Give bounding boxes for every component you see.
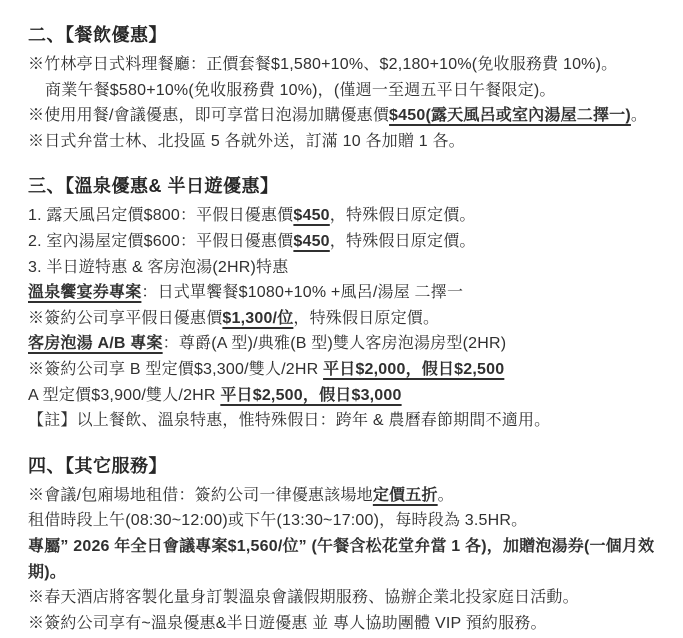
text-segment: 溫泉饗宴券專案 [28, 284, 141, 301]
text-segment: 平日$2,500，假日$3,000 [220, 387, 401, 404]
text-segment: 。 [438, 487, 454, 504]
text-line: ※春天酒店將客製化量身訂製溫泉會議假期服務、協辦企業北投家庭日活動。 [28, 585, 673, 611]
text-segment: 3. 半日遊特惠 & 客房泡湯(2HR)特惠 [28, 259, 288, 276]
text-line: 3. 半日遊特惠 & 客房泡湯(2HR)特惠 [28, 255, 673, 281]
text-line: ※簽約公司享有~溫泉優惠&半日遊優惠 並 專人協助團體 VIP 預約服務。 [28, 611, 673, 637]
text-segment: 平日$2,000，假日$2,500 [323, 361, 504, 378]
text-line: 1. 露天風呂定價$800：平假日優惠價$450，特殊假日原定價。 [28, 203, 673, 229]
text-segment: ※會議/包廂場地租借：簽約公司一律優惠該場地 [28, 487, 373, 504]
section: 三、【溫泉優惠& 半日遊優惠】1. 露天風呂定價$800：平假日優惠價$450，… [28, 175, 673, 433]
text-segment: ※簽約公司享平假日優惠價 [28, 310, 222, 327]
text-line: ※簽約公司享 B 型定價$3,300/雙人/2HR 平日$2,000，假日$2,… [28, 357, 673, 383]
text-segment: ※簽約公司享 B 型定價$3,300/雙人/2HR [28, 361, 323, 378]
text-segment: 客房泡湯 A/B 專案 [28, 335, 163, 352]
text-segment: ※春天酒店將客製化量身訂製溫泉會議假期服務、協辦企業北投家庭日活動。 [28, 589, 579, 606]
text-line: 商業午餐$580+10%(免收服務費 10%)，(僅週一至週五平日午餐限定)。 [28, 78, 673, 104]
text-line: 2. 室內湯屋定價$600：平假日優惠價$450，特殊假日原定價。 [28, 229, 673, 255]
text-line: A 型定價$3,900/雙人/2HR 平日$2,500，假日$3,000 [28, 383, 673, 409]
text-segment: ※使用用餐/會議優惠，即可享當日泡湯加購優惠價 [28, 107, 389, 124]
text-line: ※日式弁當士林、北投區 5 各就外送，訂滿 10 各加贈 1 各。 [28, 129, 673, 155]
text-segment: 。 [631, 107, 647, 124]
text-segment: A 型定價$3,900/雙人/2HR [28, 387, 220, 404]
section: 四、【其它服務】※會議/包廂場地租借：簽約公司一律優惠該場地定價五折。租借時段上… [28, 455, 673, 637]
text-segment: 專屬” 2026 年全日會議專案$1,560/位” (午餐含松花堂弁當 1 各)… [28, 538, 654, 581]
section: 二、【餐飲優惠】※竹林亭日式料理餐廳：正價套餐$1,580+10%、$2,180… [28, 24, 673, 154]
section-title: 二、【餐飲優惠】 [28, 24, 673, 46]
text-segment: ※日式弁當士林、北投區 5 各就外送，訂滿 10 各加贈 1 各。 [28, 133, 465, 150]
text-segment: 商業午餐$580+10%(免收服務費 10%)，(僅週一至週五平日午餐限定)。 [45, 82, 556, 99]
text-line: 專屬” 2026 年全日會議專案$1,560/位” (午餐含松花堂弁當 1 各)… [28, 534, 673, 585]
text-line: 溫泉饗宴券專案：日式單饗餐$1080+10% +風呂/湯屋 二擇一 [28, 280, 673, 306]
text-segment: $450 [293, 207, 329, 224]
text-segment: $450(露天風呂或室內湯屋二擇一) [389, 107, 631, 124]
text-segment: ，特殊假日原定價。 [330, 207, 476, 224]
text-segment: ※簽約公司享有~溫泉優惠&半日遊優惠 並 專人協助團體 VIP 預約服務。 [28, 615, 547, 632]
text-segment: ：尊爵(A 型)/典雅(B 型)雙人客房泡湯房型(2HR) [163, 335, 507, 352]
text-line: 租借時段上午(08:30~12:00)或下午(13:30~17:00)，每時段為… [28, 508, 673, 534]
text-line: ※簽約公司享平假日優惠價$1,300/位，特殊假日原定價。 [28, 306, 673, 332]
section-title: 四、【其它服務】 [28, 455, 673, 477]
text-segment: $450 [293, 233, 329, 250]
text-segment: ，特殊假日原定價。 [293, 310, 439, 327]
text-line: ※使用用餐/會議優惠，即可享當日泡湯加購優惠價$450(露天風呂或室內湯屋二擇一… [28, 103, 673, 129]
text-line: 【註】以上餐飲、溫泉特惠，惟特殊假日：跨年 & 農曆春節期間不適用。 [28, 408, 673, 434]
text-line: 客房泡湯 A/B 專案：尊爵(A 型)/典雅(B 型)雙人客房泡湯房型(2HR) [28, 331, 673, 357]
text-segment: 租借時段上午(08:30~12:00)或下午(13:30~17:00)，每時段為… [28, 512, 527, 529]
text-line: ※會議/包廂場地租借：簽約公司一律優惠該場地定價五折。 [28, 483, 673, 509]
text-segment: ，特殊假日原定價。 [330, 233, 476, 250]
text-segment: 2. 室內湯屋定價$600：平假日優惠價 [28, 233, 293, 250]
section-title: 三、【溫泉優惠& 半日遊優惠】 [28, 175, 673, 197]
text-segment: ※竹林亭日式料理餐廳：正價套餐$1,580+10%、$2,180+10%(免收服… [28, 56, 617, 73]
text-segment: 定價五折 [373, 487, 438, 504]
text-line: ※竹林亭日式料理餐廳：正價套餐$1,580+10%、$2,180+10%(免收服… [28, 52, 673, 78]
text-segment: 【註】以上餐飲、溫泉特惠，惟特殊假日：跨年 & 農曆春節期間不適用。 [28, 412, 550, 429]
text-segment: $1,300/位 [222, 310, 293, 327]
document-page: 二、【餐飲優惠】※竹林亭日式料理餐廳：正價套餐$1,580+10%、$2,180… [0, 0, 683, 638]
text-segment: ：日式單饗餐$1080+10% +風呂/湯屋 二擇一 [141, 284, 463, 301]
text-segment: 1. 露天風呂定價$800：平假日優惠價 [28, 207, 293, 224]
